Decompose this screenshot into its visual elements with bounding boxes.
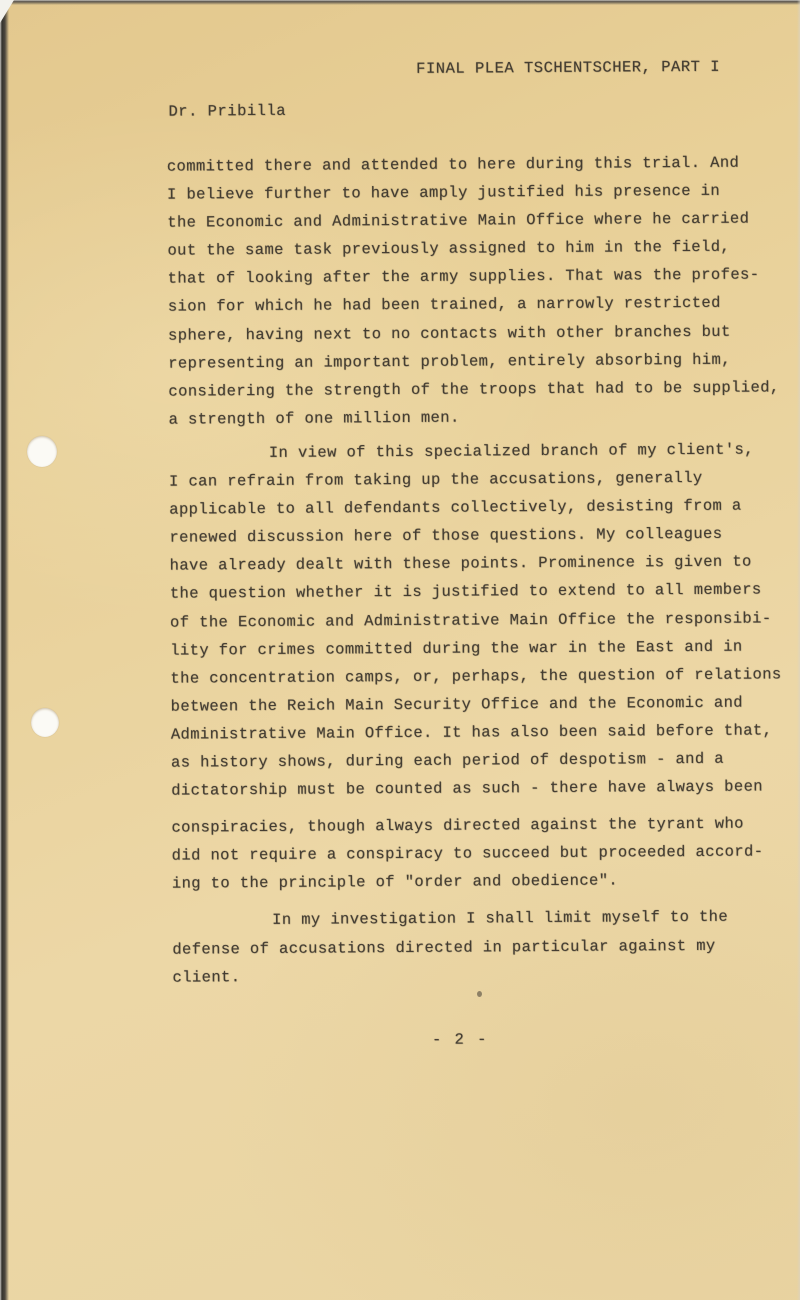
typed-line: I believe further to have amply justifie… [167, 177, 762, 209]
typed-line: renewed discussion here of those questio… [169, 520, 764, 552]
typed-line: that of looking after the army supplies.… [168, 261, 763, 293]
typed-line: the concentration camps, or, perhaps, th… [170, 660, 765, 692]
typed-line: Administrative Main Office. It has also … [171, 716, 766, 748]
typed-line: defense of accusations directed in parti… [172, 931, 767, 963]
typed-line: sion for which he had been trained, a na… [168, 289, 763, 321]
typed-line: client. [172, 959, 767, 991]
typed-line: considering the strength of the troops t… [168, 373, 763, 405]
typed-line: the Economic and Administrative Main Off… [167, 205, 762, 237]
typed-paragraph-1: committed there and attended to here dur… [167, 148, 764, 433]
page-number: - 2 - [432, 1030, 489, 1048]
typed-line: applicable to all defendants collectivel… [169, 492, 764, 524]
typed-line: conspiracies, though always directed aga… [171, 810, 766, 842]
typed-line: ing to the principle of "order and obedi… [172, 866, 767, 898]
document-header: FINAL PLEA TSCHENTSCHER, PART I [416, 58, 720, 78]
typed-paragraph-3: conspiracies, though always directed aga… [171, 810, 767, 898]
typed-line: sphere, having next to no contacts with … [168, 317, 763, 349]
typed-line: In view of this specialized branch of my… [169, 435, 764, 467]
typed-line: dictatorship must be counted as such - t… [171, 773, 766, 805]
typed-line: lity for crimes committed during the war… [170, 632, 765, 664]
typed-line: between the Reich Main Security Office a… [170, 688, 765, 720]
document-body: committed there and attended to here dur… [167, 148, 768, 991]
typed-line: the question whether it is justified to … [170, 576, 765, 608]
typed-line: representing an important problem, entir… [168, 345, 763, 377]
typed-line: as history shows, during each period of … [171, 744, 766, 776]
addressee-line: Dr. Pribilla [168, 102, 286, 121]
typed-paragraph-2: In view of this specialized branch of my… [169, 435, 767, 804]
typed-line: did not require a conspiracy to succeed … [172, 838, 767, 870]
typed-line: out the same task previously assigned to… [167, 233, 762, 265]
typed-line: a strength of one million men. [168, 401, 763, 433]
typed-content: FINAL PLEA TSCHENTSCHER, PART I Dr. Prib… [0, 0, 800, 1300]
typed-line: of the Economic and Administrative Main … [170, 604, 765, 636]
typed-line: have already dealt with these points. Pr… [170, 548, 765, 580]
typed-line: committed there and attended to here dur… [167, 148, 762, 180]
typed-line: In my investigation I shall limit myself… [172, 903, 767, 935]
typed-paragraph-4: In my investigation I shall limit myself… [172, 903, 768, 991]
typed-line: I can refrain from taking up the accusat… [169, 463, 764, 495]
